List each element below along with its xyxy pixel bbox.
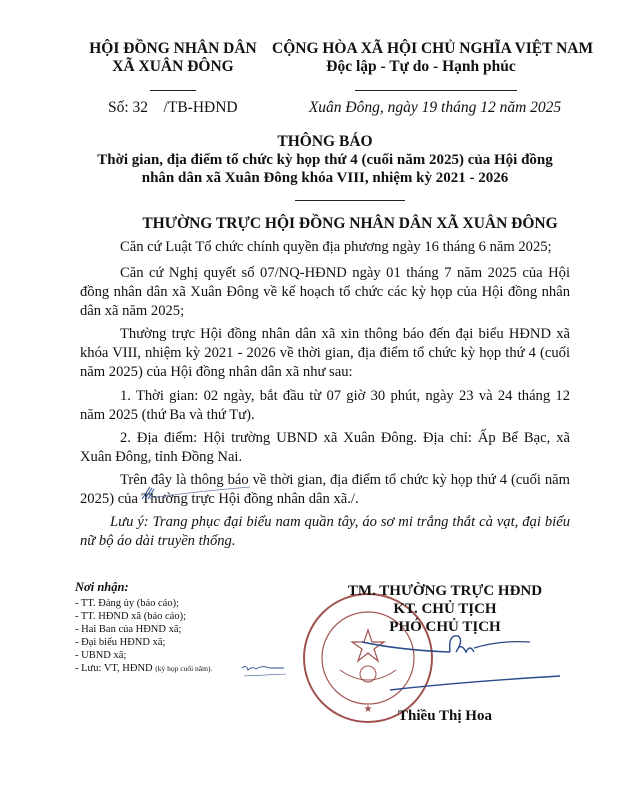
- legal-basis-2: Căn cứ Nghị quyết số 07/NQ-HĐND ngày 01 …: [80, 264, 570, 321]
- legal-basis-1: Căn cứ Luật Tổ chức chính quyền địa phươ…: [80, 238, 570, 257]
- recipient-item: - Đại biểu HĐND xã;: [75, 636, 165, 649]
- recipient-item-archive: - Lưu: VT, HĐND (kỳ họp cuối năm).: [75, 662, 212, 675]
- title-divider: [295, 200, 405, 201]
- national-motto: Độc lập - Tự do - Hạnh phúc: [272, 58, 570, 76]
- recipient-item: - TT. Đảng ủy (báo cáo);: [75, 597, 179, 610]
- dress-code-note: Lưu ý: Trang phục đại biểu nam quần tây,…: [80, 513, 570, 551]
- recipient-item: - Hai Ban của HĐND xã;: [75, 623, 181, 636]
- issuer-heading: THƯỜNG TRỰC HỘI ĐỒNG NHÂN DÂN XÃ XUÂN ĐÔ…: [120, 215, 580, 233]
- notice-time: 1. Thời gian: 02 ngày, bắt đầu từ 07 giờ…: [80, 387, 570, 425]
- document-type: THÔNG BÁO: [80, 133, 570, 151]
- recipient-archive-note: (kỳ họp cuối năm).: [155, 664, 212, 673]
- handwritten-signature-icon: [360, 630, 570, 710]
- drafter-initials-icon: [240, 662, 290, 680]
- recipient-item: - UBND xã;: [75, 649, 126, 662]
- org-name-line2: XÃ XUÂN ĐÔNG: [88, 58, 258, 76]
- motto-underline: [355, 90, 517, 91]
- initials-mark-icon: [140, 483, 260, 503]
- place-and-date: Xuân Đông, ngày 19 tháng 12 năm 2025: [290, 99, 580, 117]
- recipients-heading: Nơi nhận:: [75, 580, 129, 595]
- notice-intro: Thường trực Hội đồng nhân dân xã xin thô…: [80, 325, 570, 382]
- signature-title-line1: TM. THƯỜNG TRỰC HĐND: [320, 583, 570, 600]
- org-underline: [150, 90, 196, 91]
- recipient-archive-label: - Lưu: VT, HĐND: [75, 663, 153, 674]
- org-name-line1: HỘI ĐỒNG NHÂN DÂN: [88, 40, 258, 58]
- signature-title-line2: KT. CHỦ TỊCH: [320, 601, 570, 618]
- subject-line-1: Thời gian, địa điểm tổ chức kỳ họp thứ 4…: [70, 152, 580, 169]
- recipient-item: - TT. HĐND xã (báo cáo);: [75, 610, 186, 623]
- notice-location: 2. Địa điểm: Hội trường UBND xã Xuân Đôn…: [80, 429, 570, 467]
- subject-line-2: nhân dân xã Xuân Đông khóa VIII, nhiệm k…: [70, 170, 580, 187]
- country-name: CỘNG HÒA XÃ HỘI CHỦ NGHĨA VIỆT NAM: [272, 40, 570, 58]
- signer-name: Thiều Thị Hoa: [320, 708, 570, 725]
- document-number: Số: 32 /TB-HĐND: [108, 99, 238, 117]
